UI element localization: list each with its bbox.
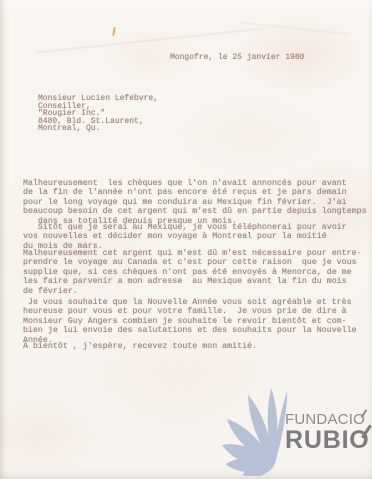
- address-line: Montreal, Qu.: [38, 125, 158, 133]
- letter-line: Monsieur Guy Angers combien je souhaite …: [23, 317, 368, 326]
- letter-line: Malheureusement cet argent qui m'est dû …: [23, 249, 368, 258]
- paragraph-2: Sitôt que je serai au Mexique, je vous t…: [23, 223, 368, 251]
- letter-line: heureuse pour vous et pour votre famille…: [23, 307, 368, 316]
- paragraph-1: Malheureusement les chèques que l'on n'a…: [23, 179, 368, 226]
- letter-line: supplie que, si ces chèques n'ont pas ét…: [23, 268, 368, 277]
- paragraph-4: Je vous souhaite que la Nouvelle Année v…: [23, 298, 368, 345]
- letter-page: Mongofre, le 25 janvier 1980 Monsieur Lu…: [0, 0, 372, 479]
- logo-rubio-text: RUBIO: [285, 428, 370, 452]
- letter-line: Sitôt que je serai au Mexique, je vous t…: [23, 223, 368, 232]
- letter-line: de février.: [23, 287, 368, 296]
- fundacio-rubio-logo: FUNDACIO RUBIO: [204, 386, 372, 476]
- paragraph-3: Malheureusement cet argent qui m'est dû …: [23, 249, 368, 296]
- paper-crease: [36, 28, 265, 53]
- ink-smudge: [112, 27, 116, 36]
- letter-line: les faire parvenir a mon adresse au Mexi…: [23, 277, 368, 286]
- letter-line: de la fin de l'année n'ont pas encore ét…: [23, 188, 368, 197]
- letter-line: pour le long voyage qui me conduira au M…: [23, 198, 368, 207]
- letter-line: bien je lui envoie des salutations et de…: [23, 326, 368, 335]
- letter-line: vos nouvelles et décider mon voyage à Mo…: [23, 232, 368, 241]
- letter-line: beaucoup besoin de cet argent qui m'est …: [23, 207, 368, 216]
- letter-line: Je vous souhaite que la Nouvelle Année v…: [23, 298, 368, 307]
- letter-line: prendre le voyage au Canada et c'est pou…: [23, 258, 368, 267]
- letter-line: Malheureusement les chèques que l'on n'a…: [23, 179, 368, 188]
- logo-text: FUNDACIO RUBIO: [285, 411, 372, 453]
- recipient-address: Monsieur Lucien Lefebvre, Conseiller, "R…: [38, 95, 158, 133]
- closing-line: À bientôt , j'espère, recevez toute mon …: [23, 342, 368, 351]
- letter-line: À bientôt , j'espère, recevez toute mon …: [23, 342, 368, 351]
- date-line: Mongofre, le 25 janvier 1980: [170, 53, 304, 63]
